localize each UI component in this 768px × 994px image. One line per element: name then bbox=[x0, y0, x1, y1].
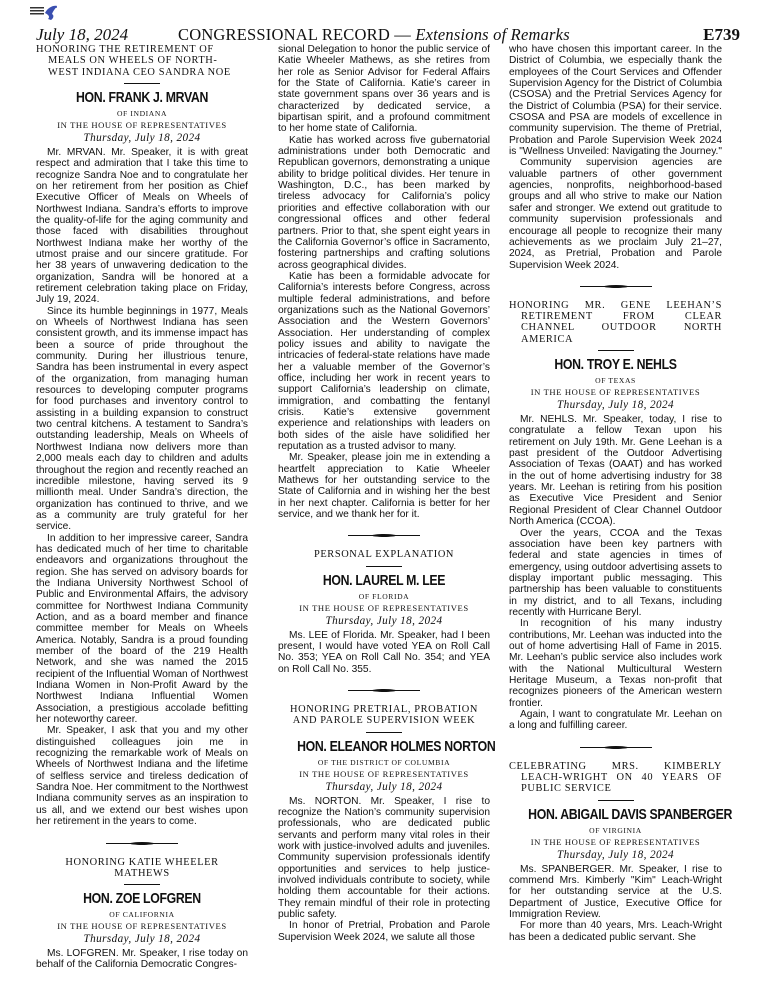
article-heading: PERSONAL EXPLANATION bbox=[278, 549, 490, 560]
speech-date: Thursday, July 18, 2024 bbox=[278, 780, 490, 795]
paragraph: Community supervision agencies are valua… bbox=[509, 157, 722, 270]
paragraph: Ms. LEE of Florida. Mr. Speaker, had I b… bbox=[278, 630, 490, 675]
heading-rule bbox=[598, 800, 634, 801]
member-name: HON. ZOE LOFGREN bbox=[55, 890, 229, 907]
chamber: IN THE HOUSE OF REPRESENTATIVES bbox=[36, 920, 248, 932]
chamber: IN THE HOUSE OF REPRESENTATIVES bbox=[36, 119, 248, 131]
member-state: OF FLORIDA bbox=[278, 591, 490, 602]
paragraph: Mr. Speaker, I ask that you and my other… bbox=[36, 725, 248, 827]
speech-date: Thursday, July 18, 2024 bbox=[509, 398, 722, 413]
speech-date: Thursday, July 18, 2024 bbox=[278, 614, 490, 629]
section-name: Extensions of Remarks bbox=[415, 25, 570, 44]
publication-title: CONGRESSIONAL RECORD — Extensions of Rem… bbox=[178, 25, 570, 45]
chamber: IN THE HOUSE OF REPRESENTATIVES bbox=[278, 602, 490, 614]
paragraph: In addition to her impressive career, Sa… bbox=[36, 533, 248, 726]
speech-date: Thursday, July 18, 2024 bbox=[36, 131, 248, 146]
article-heading: HONORING KATIE WHEELER MATHEWS bbox=[36, 857, 248, 880]
paragraph: In recognition of his many industry cont… bbox=[509, 618, 722, 709]
member-state: OF CALIFORNIA bbox=[36, 909, 248, 920]
paragraph: Ms. LOFGREN. Mr. Speaker, I rise today o… bbox=[36, 948, 248, 971]
section-divider-ornament bbox=[348, 534, 420, 537]
page-header: July 18, 2024 CONGRESSIONAL RECORD — Ext… bbox=[36, 25, 740, 45]
article-heading: HONORING PRETRIAL, PROBATION AND PAROLE … bbox=[278, 704, 490, 727]
paragraph: Mr. MRVAN. Mr. Speaker, it is with great… bbox=[36, 147, 248, 306]
paragraph: Katie has been a formidable advocate for… bbox=[278, 271, 490, 453]
paragraph: In honor of Pretrial, Probation and Paro… bbox=[278, 920, 490, 943]
member-name: HON. LAUREL M. LEE bbox=[297, 572, 471, 589]
paragraph-continued: who have chosen this important career. I… bbox=[509, 44, 722, 157]
column-2: sional Delegation to honor the public se… bbox=[278, 44, 490, 943]
section-divider-ornament bbox=[106, 842, 178, 845]
paragraph: Again, I want to congratulate Mr. Leehan… bbox=[509, 709, 722, 732]
paragraph: For more than 40 years, Mrs. Leach-Wrigh… bbox=[509, 920, 722, 943]
heading-rule bbox=[124, 83, 160, 84]
member-state: OF TEXAS bbox=[509, 375, 722, 386]
heading-rule bbox=[598, 350, 634, 351]
gpo-eagle-logo-icon bbox=[30, 3, 62, 23]
page-number: E739 bbox=[703, 25, 740, 45]
heading-rule bbox=[366, 732, 402, 733]
heading-rule bbox=[124, 884, 160, 885]
chamber: IN THE HOUSE OF REPRESENTATIVES bbox=[278, 768, 490, 780]
speech-date: Thursday, July 18, 2024 bbox=[36, 932, 248, 947]
paragraph: Mr. Speaker, please join me in extending… bbox=[278, 452, 490, 520]
article-heading: HONORING MR. GENE LEEHAN’S RETIREMENT FR… bbox=[509, 300, 722, 345]
header-date: July 18, 2024 bbox=[36, 25, 128, 45]
speech-date: Thursday, July 18, 2024 bbox=[509, 848, 722, 863]
chamber: IN THE HOUSE OF REPRESENTATIVES bbox=[509, 836, 722, 848]
section-divider-ornament bbox=[580, 746, 652, 749]
heading-rule bbox=[366, 566, 402, 567]
paragraph: Ms. NORTON. Mr. Speaker, I rise to recog… bbox=[278, 796, 490, 921]
member-name: HON. TROY E. NEHLS bbox=[528, 356, 703, 373]
column-1: HONORING THE RETIREMENT OF MEALS ON WHEE… bbox=[36, 44, 248, 971]
section-divider-ornament bbox=[580, 285, 652, 288]
paragraph: Over the years, CCOA and the Texas assoc… bbox=[509, 528, 722, 619]
member-name: HON. ELEANOR HOLMES NORTON bbox=[297, 738, 471, 755]
member-state: OF THE DISTRICT OF COLUMBIA bbox=[278, 757, 490, 768]
section-divider-ornament bbox=[348, 689, 420, 692]
paragraph: Katie has worked across five gubernatori… bbox=[278, 135, 490, 271]
member-state: OF VIRGINIA bbox=[509, 825, 722, 836]
column-3: who have chosen this important career. I… bbox=[509, 44, 722, 943]
member-state: OF INDIANA bbox=[36, 108, 248, 119]
paragraph-continued: sional Delegation to honor the public se… bbox=[278, 44, 490, 135]
paragraph: Mr. NEHLS. Mr. Speaker, today, I rise to… bbox=[509, 414, 722, 527]
article-heading: HONORING THE RETIREMENT OF MEALS ON WHEE… bbox=[36, 44, 248, 78]
member-name: HON. FRANK J. MRVAN bbox=[55, 89, 229, 106]
paragraph: Ms. SPANBERGER. Mr. Speaker, I rise to c… bbox=[509, 864, 722, 921]
publication-name: CONGRESSIONAL RECORD bbox=[178, 25, 390, 44]
paragraph: Since its humble beginnings in 1977, Mea… bbox=[36, 306, 248, 533]
member-name: HON. ABIGAIL DAVIS SPANBERGER bbox=[528, 806, 703, 823]
chamber: IN THE HOUSE OF REPRESENTATIVES bbox=[509, 386, 722, 398]
article-heading: CELEBRATING MRS. KIMBERLY LEACH-WRIGHT O… bbox=[509, 761, 722, 795]
